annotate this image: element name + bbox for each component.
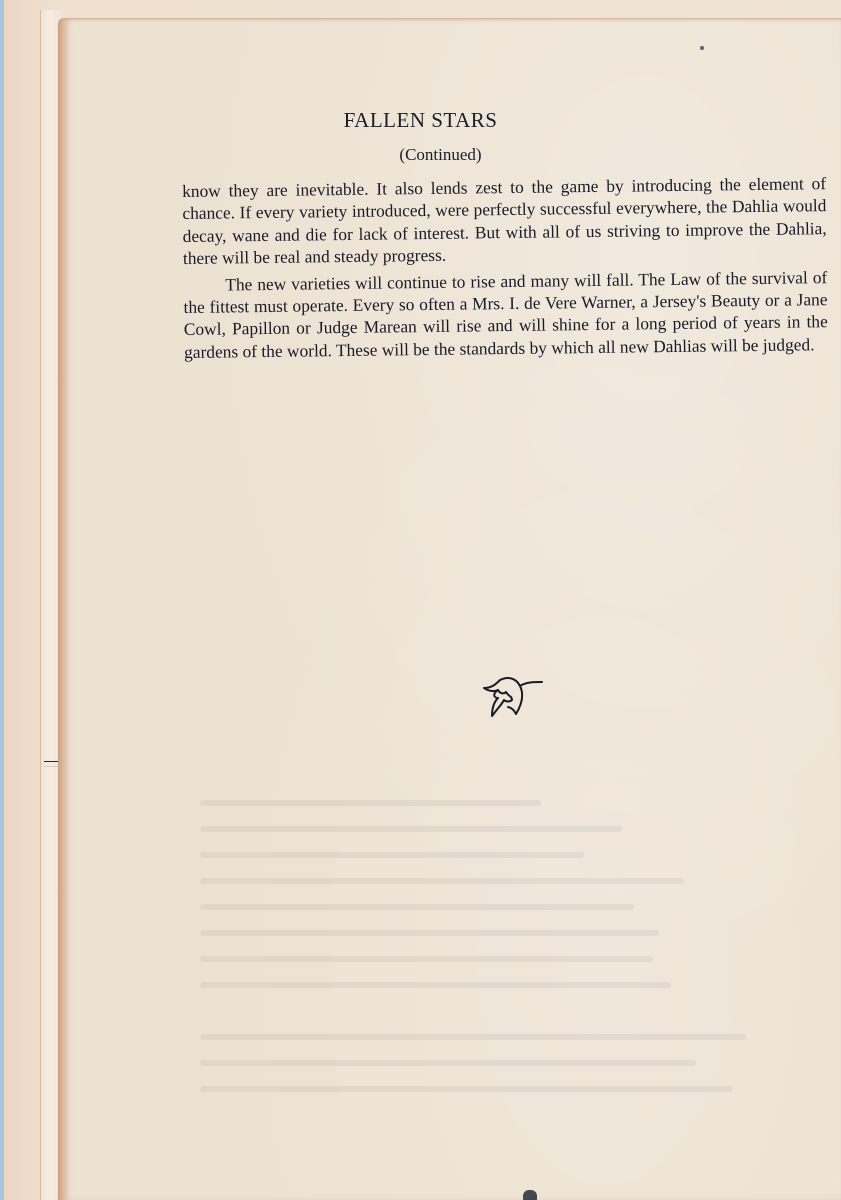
article-body: know they are inevitable. It also lends … <box>182 172 828 367</box>
page-title: FALLEN STARS <box>0 108 841 133</box>
ink-speck <box>700 46 704 50</box>
paragraph: know they are inevitable. It also lends … <box>182 172 827 269</box>
dahlia-flower-ornament-icon <box>478 674 548 724</box>
page-edge-stain <box>58 18 70 1200</box>
bleed-through-text <box>200 800 820 1100</box>
page-subtitle: (Continued) <box>0 145 841 165</box>
page-number-fragment <box>523 1190 537 1200</box>
staple <box>44 761 58 767</box>
paragraph: The new varieties will continue to rise … <box>183 266 828 363</box>
